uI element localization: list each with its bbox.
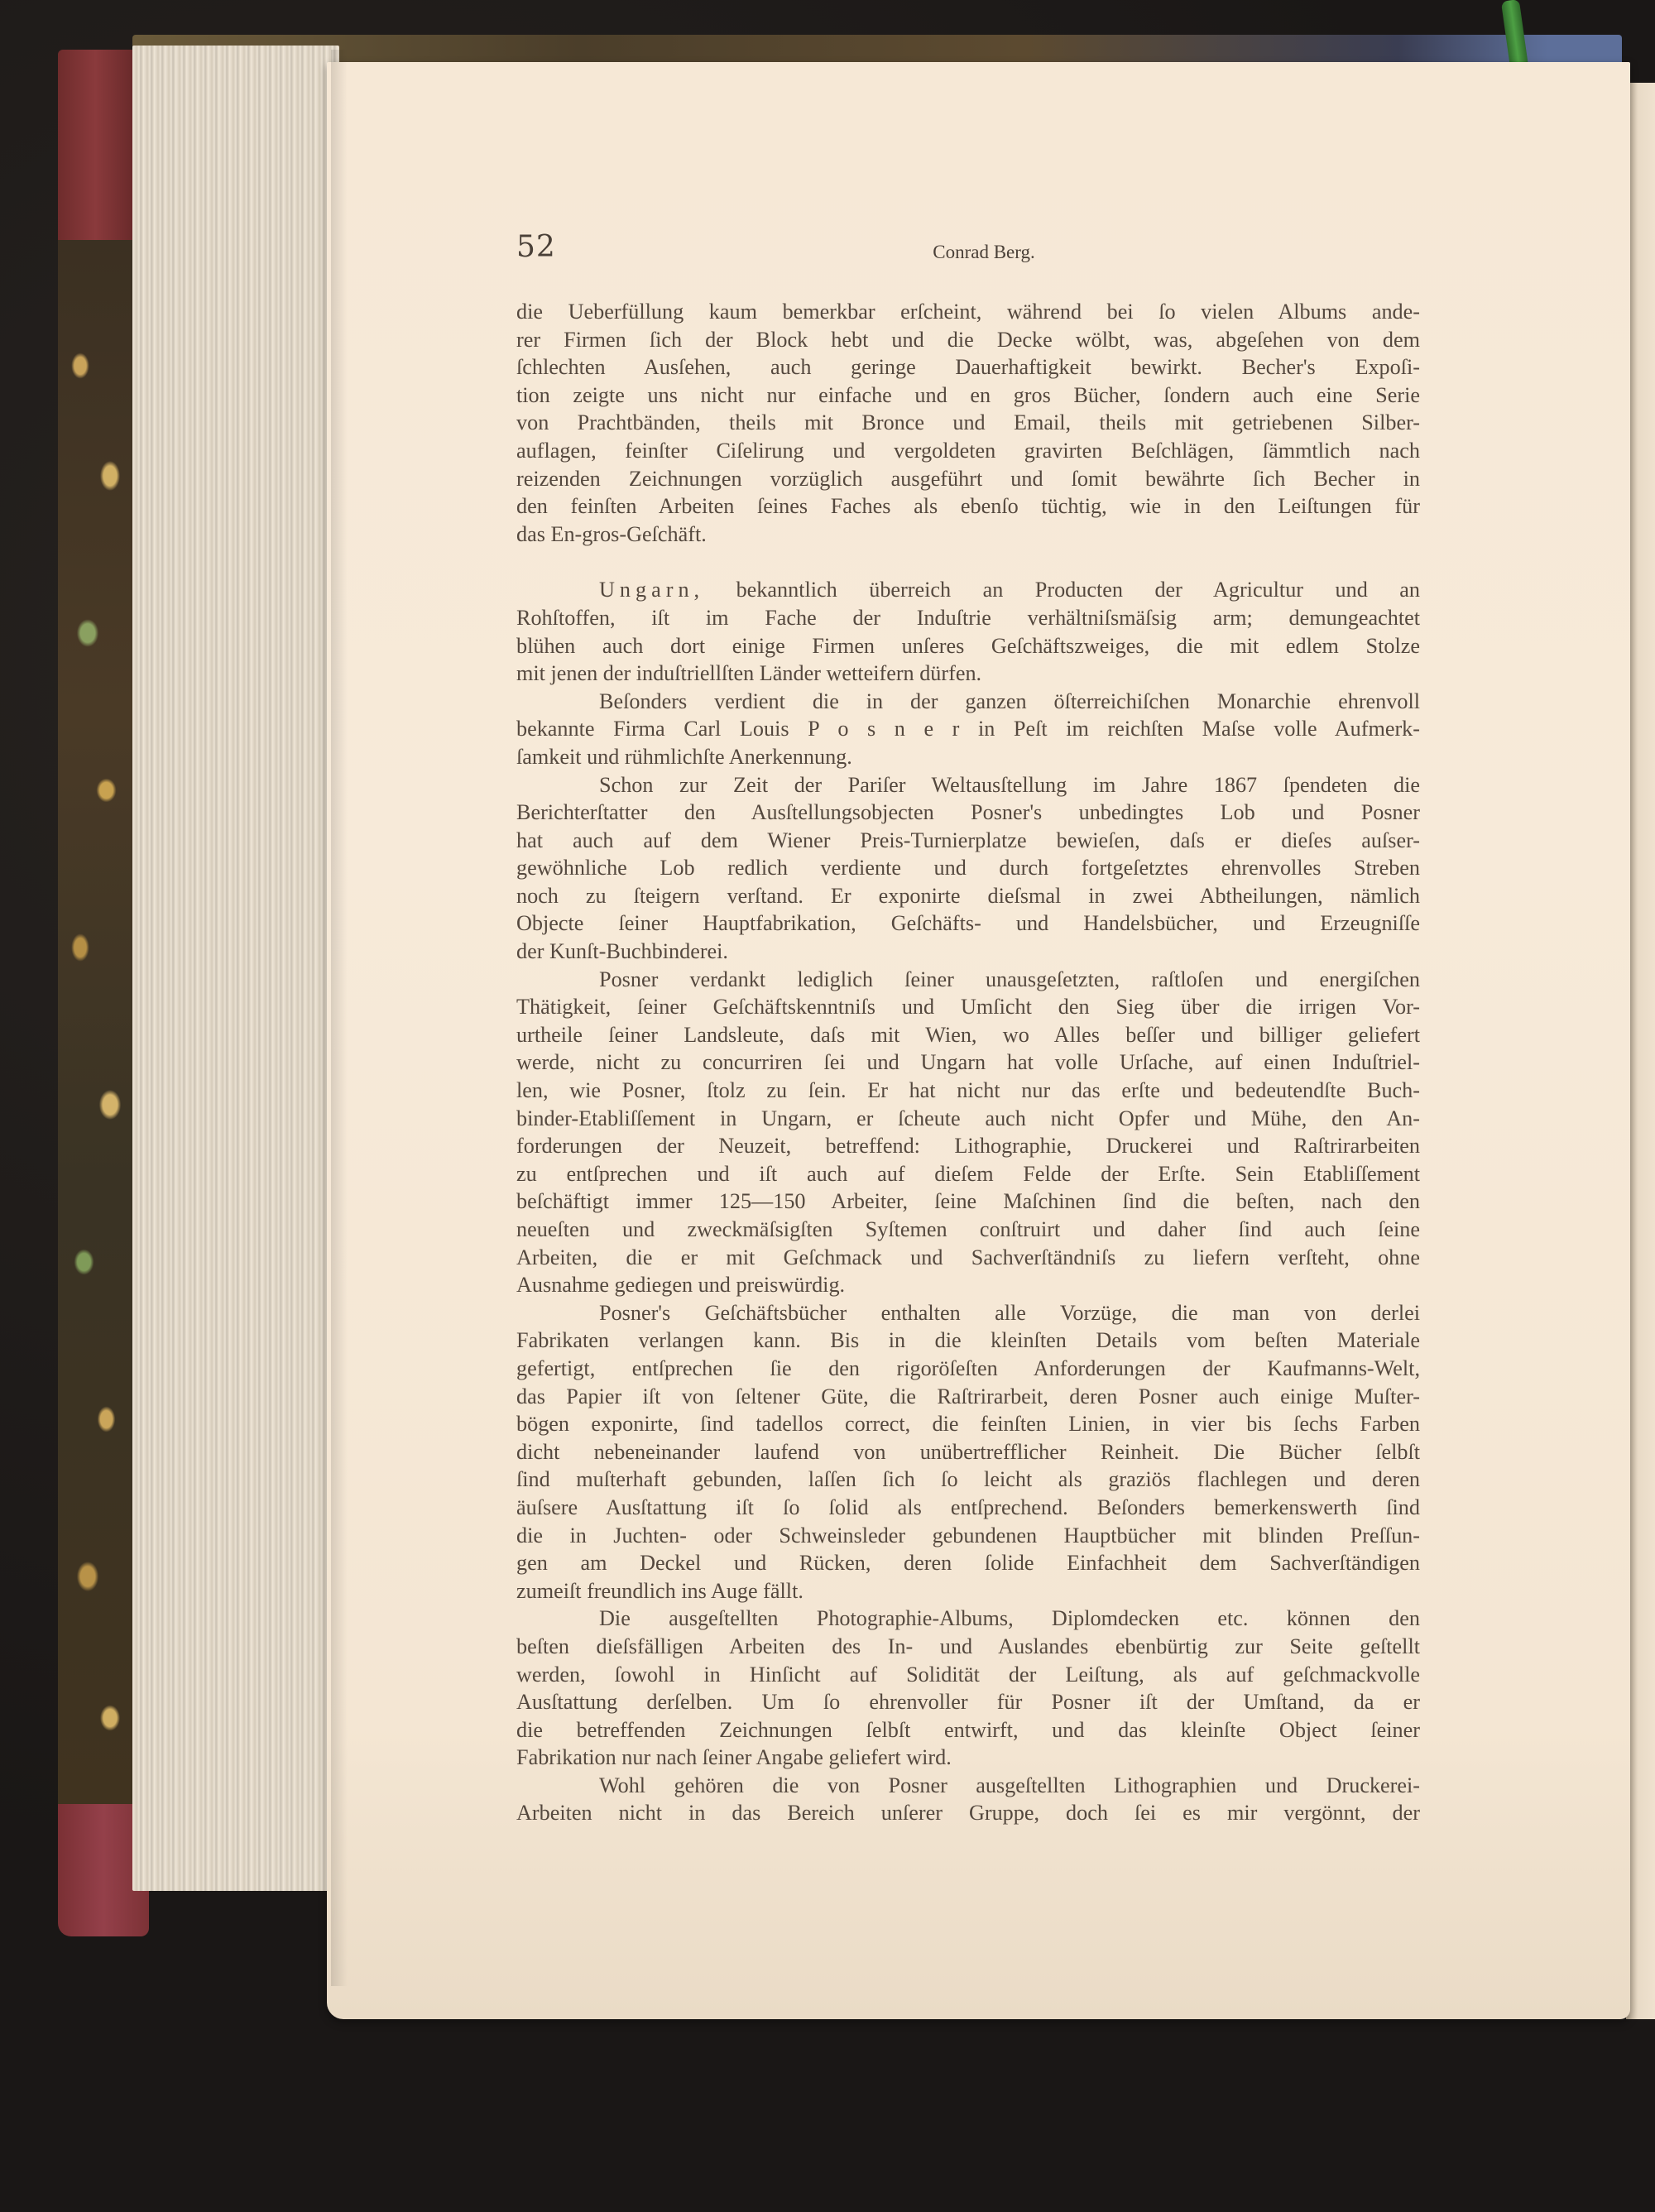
text-line: Arbeiten, die er mit Geſchmack und Sachv…	[516, 1244, 1420, 1272]
text-line: Wohl gehören die von Posner ausgeſtellte…	[516, 1772, 1420, 1800]
text-line: forderungen der Neuzeit, betreffend: Lit…	[516, 1132, 1420, 1160]
next-page-edge	[1626, 83, 1655, 2019]
text-line: gefertigt, entſprechen ſie den rigoröſeſ…	[516, 1355, 1420, 1383]
gutter-shadow	[331, 50, 348, 1986]
text-line: zumeiſt freundlich ins Auge fällt.	[516, 1577, 1420, 1605]
running-head-author: Conrad Berg.	[516, 242, 1451, 263]
text-line: hat auch auf dem Wiener Preis-Turnierpla…	[516, 827, 1420, 855]
text-line: Fabrikation nur nach ſeiner Angabe gelie…	[516, 1744, 1420, 1772]
book-cover-marbled-board	[58, 240, 132, 1812]
text-line: ſchlechten Ausſehen, auch geringe Dauerh…	[516, 353, 1420, 381]
text-line: noch zu ſteigern verſtand. Er exponirte …	[516, 882, 1420, 910]
text-line: neueſten und zweckmäſsigſten Syſtemen co…	[516, 1216, 1420, 1244]
text-line: Die ausgeſtellten Photographie-Albums, D…	[516, 1605, 1420, 1633]
paragraph: Posner verdankt lediglich ſeiner unausge…	[516, 966, 1420, 1299]
page-edges-stack	[132, 46, 339, 1891]
text-line: von Prachtbänden, theils mit Bronce und …	[516, 409, 1420, 437]
text-line: ſind muſterhaft gebunden, laſſen ſich ſo…	[516, 1466, 1420, 1494]
text-line: tion zeigte uns nicht nur einfache und e…	[516, 381, 1420, 410]
text-line: Ausſtattung derſelben. Um ſo ehrenvoller…	[516, 1688, 1420, 1716]
text-line: das Papier iſt von ſeltener Güte, die Ra…	[516, 1383, 1420, 1411]
paragraph: Beſonders verdient die in der ganzen öſt…	[516, 688, 1420, 771]
text-line: Ungarn, bekanntlich überreich an Product…	[516, 576, 1420, 604]
page-body-text: die Ueberfüllung kaum bemerkbar erſchein…	[516, 298, 1420, 1827]
text-line: werden, ſowohl in Hinſicht auf Solidität…	[516, 1661, 1420, 1689]
text-line: len, wie Posner, ſtolz zu ſein. Er hat n…	[516, 1077, 1420, 1105]
text-line: gen am Deckel und Rücken, deren ſolide E…	[516, 1549, 1420, 1577]
text-line: Posner's Geſchäftsbücher enthalten alle …	[516, 1299, 1420, 1327]
text-line: zu entſprechen und iſt auch auf dieſem F…	[516, 1160, 1420, 1188]
text-line: gewöhnliche Lob redlich verdiente und du…	[516, 854, 1420, 882]
text-line: Objecte ſeiner Hauptfabrikation, Geſchäf…	[516, 909, 1420, 938]
text-line: Thätigkeit, ſeiner Geſchäftskenntniſs un…	[516, 993, 1420, 1021]
text-line: Ausnahme gediegen und preiswürdig.	[516, 1271, 1420, 1299]
text-line: Beſonders verdient die in der ganzen öſt…	[516, 688, 1420, 716]
text-line: die betreffenden Zeichnungen ſelbſt entw…	[516, 1716, 1420, 1744]
text-line: Fabrikaten verlangen kann. Bis in die kl…	[516, 1327, 1420, 1355]
text-line: dicht nebeneinander laufend von unübertr…	[516, 1438, 1420, 1466]
text-line: bögen exponirte, ſind tadellos correct, …	[516, 1410, 1420, 1438]
text-line: Rohſtoffen, iſt im Fache der Induſtrie v…	[516, 604, 1420, 632]
paragraph: Wohl gehören die von Posner ausgeſtellte…	[516, 1772, 1420, 1827]
text-line: werde, nicht zu concurriren ſei und Unga…	[516, 1048, 1420, 1077]
spaced-emphasis-word: Ungarn,	[599, 578, 704, 602]
text-line: reizenden Zeichnungen vorzüglich ausgefü…	[516, 465, 1420, 493]
text-line: Arbeiten nicht in das Bereich unſerer Gr…	[516, 1799, 1420, 1827]
text-line: rer Firmen ſich der Block hebt und die D…	[516, 326, 1420, 354]
text-line: den feinſten Arbeiten ſeines Faches als …	[516, 492, 1420, 521]
paragraph: Posner's Geſchäftsbücher enthalten alle …	[516, 1299, 1420, 1605]
paragraph: Ungarn, bekanntlich überreich an Product…	[516, 576, 1420, 687]
text-line: das En-gros-Geſchäft.	[516, 521, 1420, 549]
text-line: blühen auch dort einige Firmen unſeres G…	[516, 632, 1420, 660]
text-line: äuſsere Ausſtattung iſt ſo ſolid als ent…	[516, 1494, 1420, 1522]
page-header: 52 Conrad Berg.	[516, 230, 1451, 271]
paragraph: Schon zur Zeit der Pariſer Weltausſtellu…	[516, 771, 1420, 966]
paragraph: die Ueberfüllung kaum bemerkbar erſchein…	[516, 298, 1420, 548]
text-line: die in Juchten- oder Schweinsleder gebun…	[516, 1522, 1420, 1550]
text-line: bekannte Firma Carl Louis P o s n e r in…	[516, 715, 1420, 743]
text-line: beſchäftigt immer 125—150 Arbeiter, ſein…	[516, 1188, 1420, 1216]
text-line: die Ueberfüllung kaum bemerkbar erſchein…	[516, 298, 1420, 326]
text-line: mit jenen der induſtriellſten Länder wet…	[516, 660, 1420, 688]
text-line: urtheile ſeiner Landsleute, daſs mit Wie…	[516, 1021, 1420, 1049]
text-line: auflagen, feinſter Ciſelirung und vergol…	[516, 437, 1420, 465]
paragraph-gap	[516, 548, 1420, 576]
paragraph: Die ausgeſtellten Photographie-Albums, D…	[516, 1605, 1420, 1772]
text-line: binder-Etabliſſement in Ungarn, er ſcheu…	[516, 1105, 1420, 1133]
text-line: beſten dieſsfälligen Arbeiten des In- un…	[516, 1633, 1420, 1661]
text-line: Schon zur Zeit der Pariſer Weltausſtellu…	[516, 771, 1420, 799]
text-line: der Kunſt-Buchbinderei.	[516, 938, 1420, 966]
text-line: Berichterſtatter den Ausſtellungsobjecte…	[516, 799, 1420, 827]
text-line: ſamkeit und rühmlichſte Anerkennung.	[516, 743, 1420, 771]
text-line: Posner verdankt lediglich ſeiner unausge…	[516, 966, 1420, 994]
